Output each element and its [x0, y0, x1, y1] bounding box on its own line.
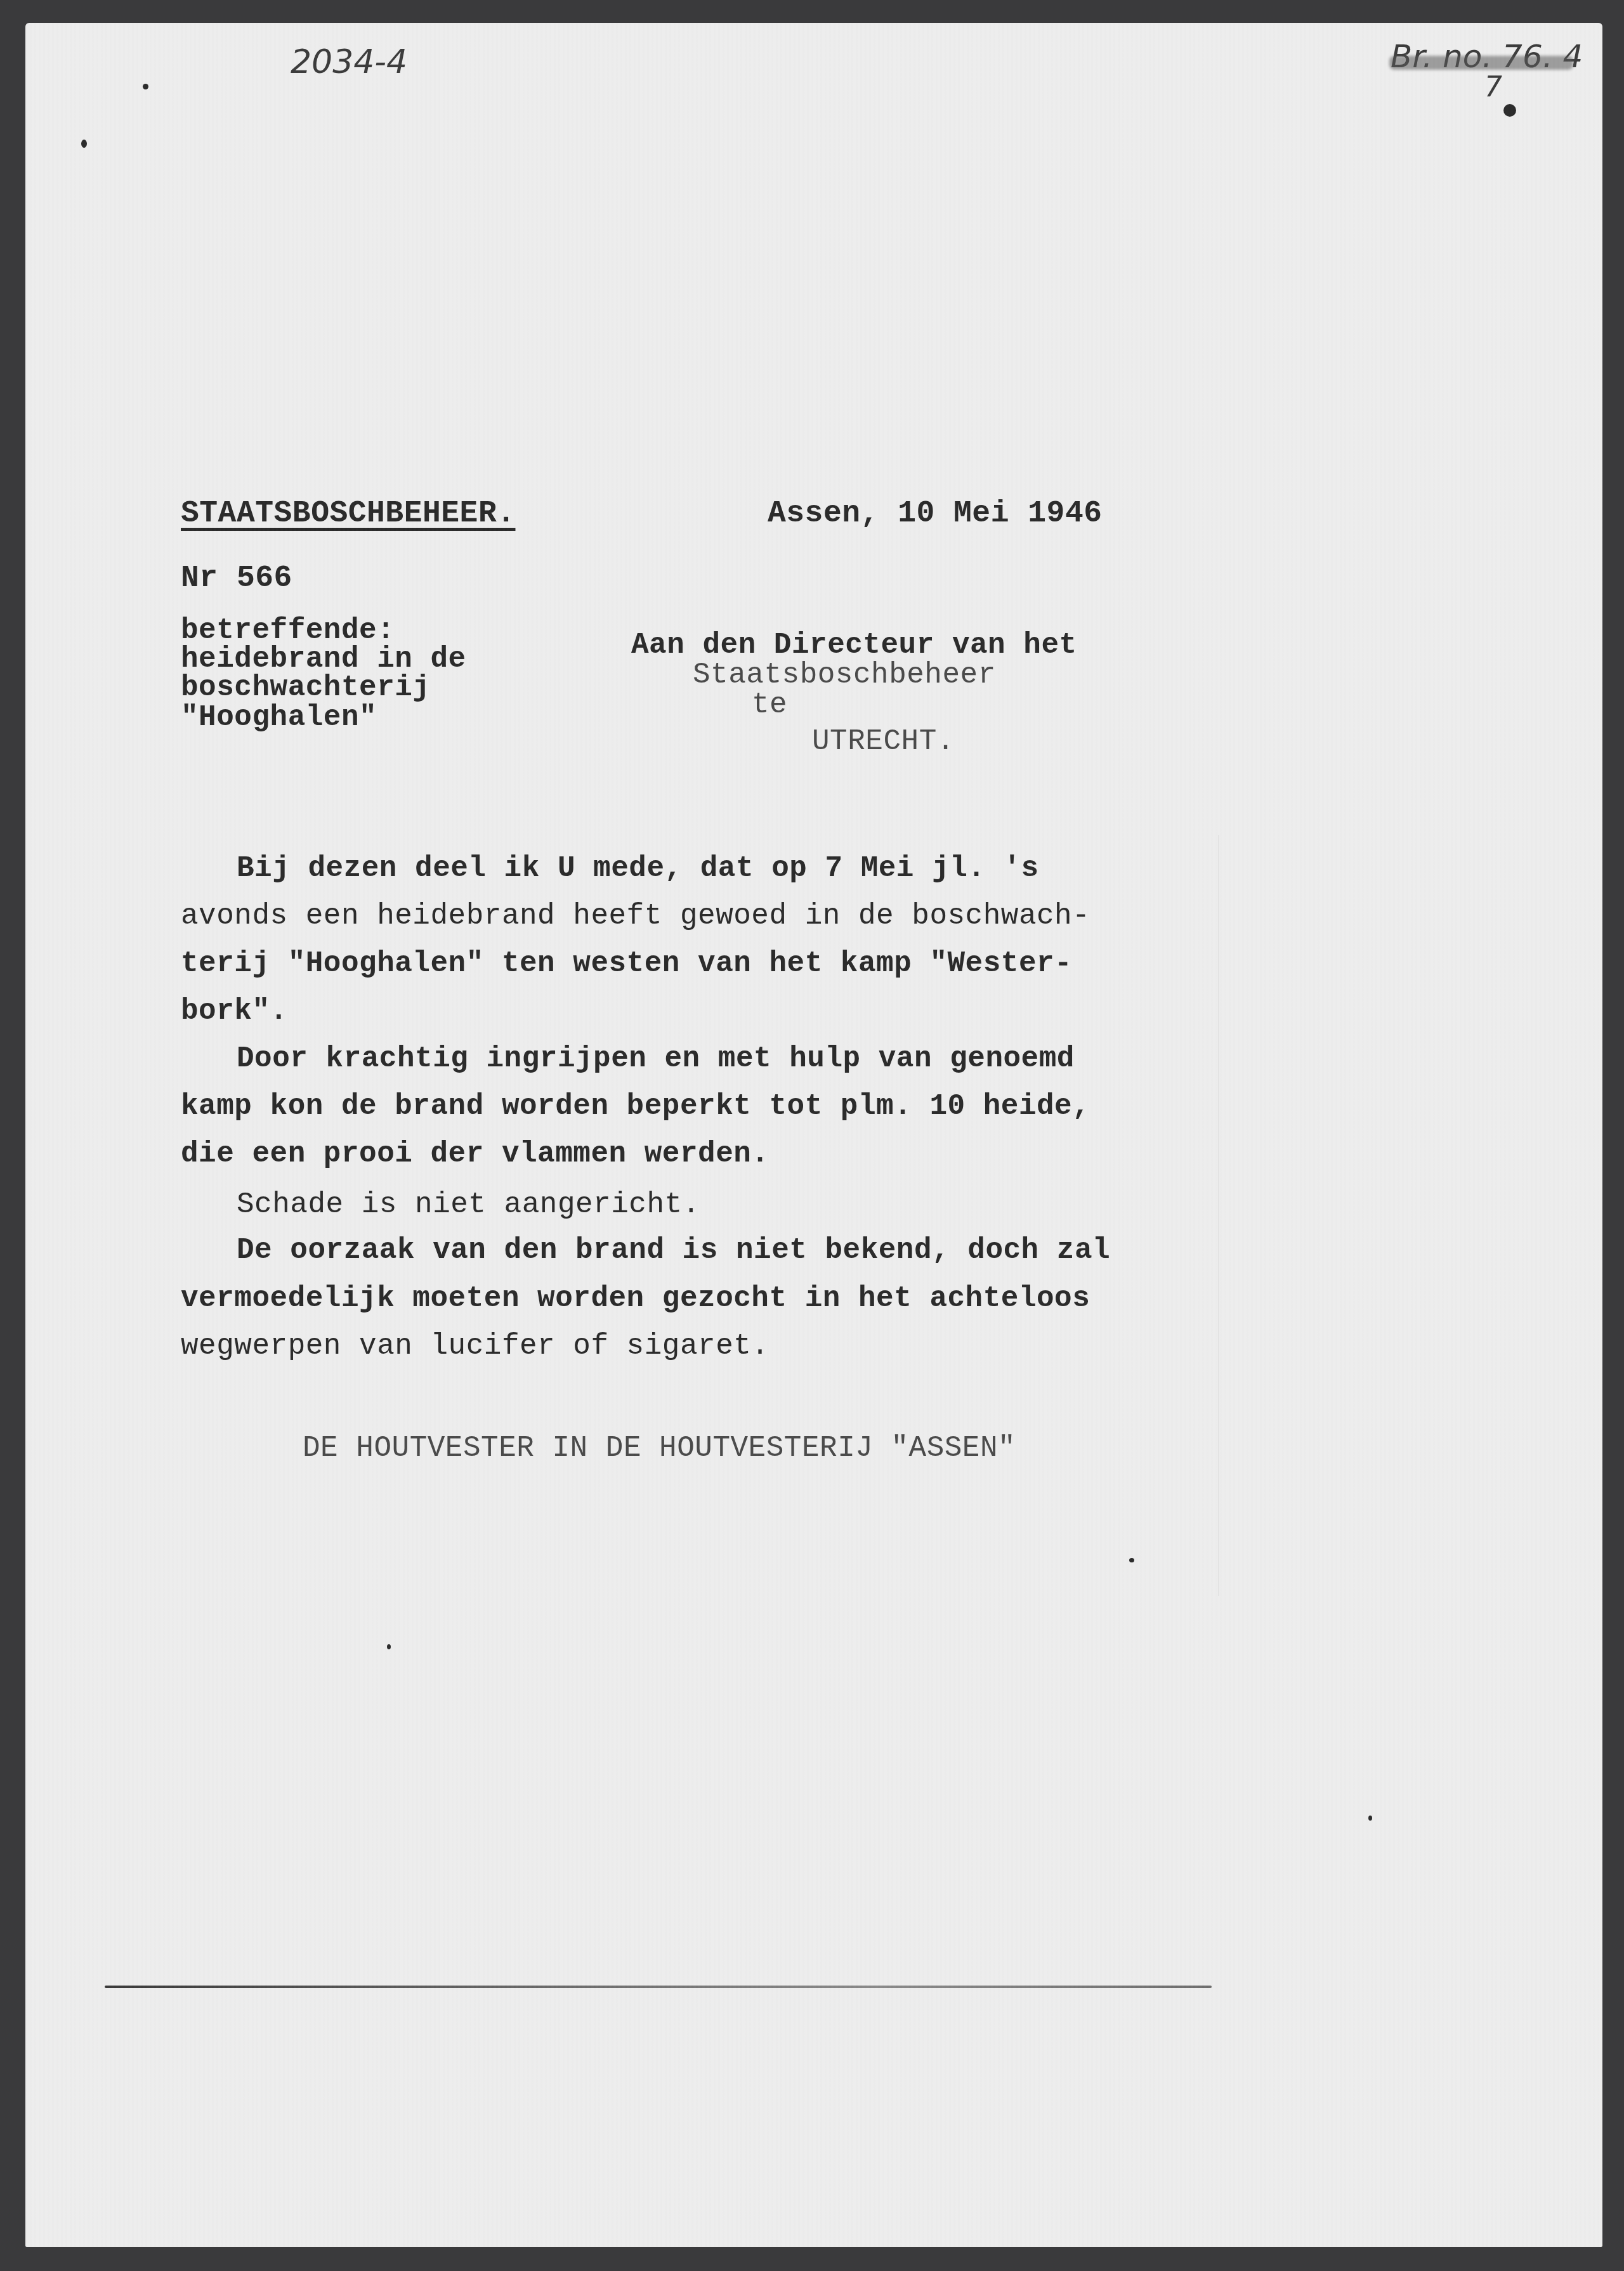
body-line: avonds een heidebrand heeft gewoed in de… — [181, 901, 1090, 931]
place-date: Assen, 10 Mei 1946 — [768, 499, 1102, 529]
body-line: wegwerpen van lucifer of sigaret. — [181, 1332, 769, 1361]
ink-dot — [1503, 104, 1516, 117]
recipient-line: Staatsboschbeheer — [693, 660, 996, 690]
body-line: Bij dezen deel ik U mede, dat op 7 Mei j… — [237, 854, 1039, 883]
body-line: De oorzaak van den brand is niet bekend,… — [237, 1236, 1110, 1265]
bottom-rule — [105, 1986, 1212, 1988]
body-line: Door krachtig ingrijpen en met hulp van … — [237, 1044, 1075, 1073]
strikethrough-mark — [1389, 56, 1573, 70]
ink-speck — [143, 84, 148, 89]
archive-number-handwritten: 2034-4 — [291, 46, 407, 79]
reference-number: Nr 566 — [181, 563, 292, 594]
body-line: vermoedelijk moeten worden gezocht in he… — [181, 1284, 1090, 1313]
subject-line: betreffende: — [181, 616, 395, 645]
recipient-line: UTRECHT. — [812, 727, 955, 756]
organization-name: STAATSBOSCHBEHEER. — [181, 499, 515, 529]
body-line: Schade is niet aangericht. — [237, 1190, 700, 1219]
subject-line: "Hooghalen" — [181, 703, 377, 732]
document-page: 2034-4 Br. no. 76. 4 7 STAATSBOSCHBEHEER… — [25, 23, 1602, 2247]
body-line: die een prooi der vlammen werden. — [181, 1139, 769, 1168]
ink-speck — [387, 1644, 391, 1649]
ink-speck — [1368, 1816, 1372, 1821]
body-line: terij "Hooghalen" ten westen van het kam… — [181, 949, 1072, 978]
paper-fold-line — [1218, 835, 1219, 1596]
subject-line: heidebrand in de — [181, 645, 466, 674]
body-line: kamp kon de brand worden beperkt tot plm… — [181, 1092, 1090, 1121]
ink-speck — [1129, 1558, 1134, 1562]
recipient-line: Aan den Directeur van het — [631, 631, 1077, 660]
body-line: bork". — [181, 997, 288, 1026]
ink-speck — [81, 140, 87, 148]
recipient-line: te — [752, 690, 787, 719]
signature-line: DE HOUTVESTER IN DE HOUTVESTERIJ "ASSEN" — [303, 1434, 1016, 1463]
reference-correction-handwritten: 7 — [1484, 74, 1502, 101]
subject-line: boschwachterij — [181, 673, 430, 702]
